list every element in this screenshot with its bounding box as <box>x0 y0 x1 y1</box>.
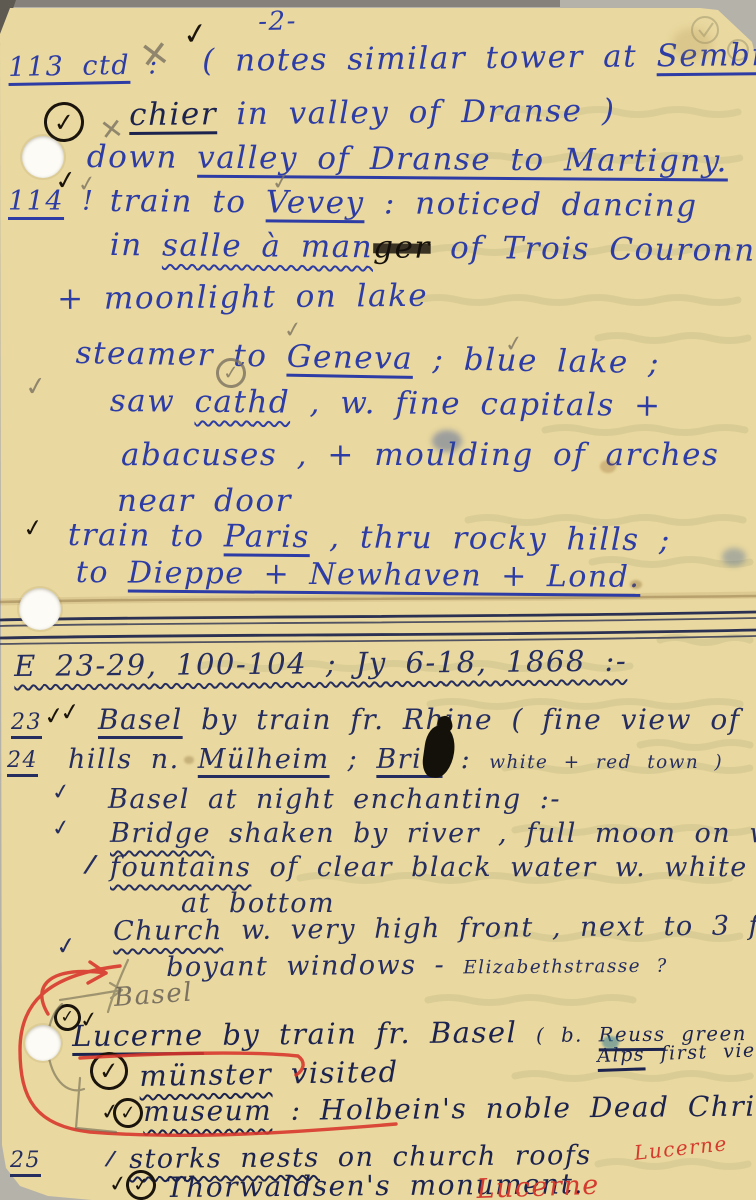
hole-punch <box>22 136 64 178</box>
text-segment: + moonlight on lake <box>57 278 428 317</box>
text-segment: Basel <box>113 977 194 1012</box>
check-icon: ✓ <box>79 1009 100 1033</box>
note-line: near door <box>117 484 292 520</box>
entry-ref: 24 <box>7 748 38 773</box>
text-segment: ( b. <box>536 1023 599 1047</box>
check-icon: ✓ <box>60 1008 76 1026</box>
text-segment: münster <box>139 1057 272 1093</box>
text-segment: Basel <box>98 703 183 736</box>
entry-ref: 23 <box>11 710 42 735</box>
text-segment: by train fr. Basel <box>204 1015 537 1052</box>
check-icon: ✓ <box>52 109 75 136</box>
check-icon: ✓ <box>21 515 44 542</box>
text-segment: saw <box>110 383 195 420</box>
hole-punch <box>19 588 61 630</box>
text-segment: museum <box>143 1094 272 1128</box>
note-line: ( notes similar tower at Sembran- <box>202 38 756 80</box>
text-segment: chier <box>129 96 217 133</box>
text-segment: in valley of Dranse ) <box>217 93 616 132</box>
note-line: Basel at night enchanting :- <box>108 784 561 815</box>
text-segment: boyant windows - <box>166 949 463 983</box>
note-line: chier in valley of Dranse ) <box>129 94 616 134</box>
note-line: in salle à manger of Trois Couronnes , <box>110 228 756 270</box>
text-segment: cathd <box>194 384 290 421</box>
text-segment: Dieppe + Newhaven + Lond. <box>128 555 641 594</box>
text-segment: Paris <box>224 518 310 555</box>
text-segment: -2- <box>258 6 297 37</box>
note-line: abacuses , + moulding of arches <box>121 438 719 474</box>
text-segment: Geneva <box>286 339 413 377</box>
check-icon: ✓ <box>23 373 48 402</box>
text-segment: Bridge <box>110 818 211 849</box>
check-icon: ✓ <box>58 699 81 726</box>
text-segment: shaken by river , full moon on water <box>211 818 756 849</box>
text-segment: train to <box>68 517 224 554</box>
x-icon: ✕ <box>138 36 173 76</box>
note-line: saw cathd , w. fine capitals + <box>110 384 662 424</box>
text-segment: 25 <box>10 1148 41 1173</box>
note-line: to Dieppe + Newhaven + Lond. <box>76 556 641 595</box>
text-segment: of Trois Couronnes , <box>431 230 756 269</box>
note-line: boyant windows - Elizabethstrasse ? <box>166 948 668 983</box>
check-icon: ✓ <box>132 1175 150 1195</box>
text-segment: , w. fine capitals + <box>290 385 662 424</box>
check-icon: ✓ <box>222 363 240 383</box>
text-segment: Church <box>113 915 223 947</box>
note-line: + moonlight on lake <box>57 279 428 318</box>
red-place-note: Lucerne <box>476 1170 600 1200</box>
scanned-note-card: -2-113 ctd :( notes similar tower at Sem… <box>0 0 756 1200</box>
note-line: museum : Holbein's noble Dead Christ <box>143 1090 756 1128</box>
section-header: E 23-29, 100-104 ; Jy 6-18, 1868 :- <box>14 645 627 684</box>
note-line: down valley of Dranse to Martigny. <box>87 140 728 180</box>
check-icon: ✓ <box>504 333 525 357</box>
text-segment: Elizabethstrasse ? <box>463 956 668 979</box>
check-icon: ✓ <box>119 1103 137 1123</box>
text-segment: of clear black water w. white bits <box>251 852 756 883</box>
note-line: Bridge shaken by river , full moon on wa… <box>110 818 756 849</box>
entry-ref: 25 <box>10 1148 41 1173</box>
text-segment: in <box>110 227 163 263</box>
text-segment: ( notes similar tower at <box>202 38 657 79</box>
text-segment: w. very high front , next to 3 flam- <box>223 910 756 946</box>
note-line: münster visited <box>139 1055 399 1093</box>
check-icon: ✓ <box>98 1058 120 1084</box>
text-segment: Sembran- <box>656 37 756 75</box>
check-icon: ✓ <box>77 173 98 197</box>
check-icon: ✓ <box>54 933 77 960</box>
page-number: -2- <box>258 7 297 38</box>
text-segment: abacuses , + moulding of arches <box>121 437 719 473</box>
text-segment: first view <box>645 1039 756 1065</box>
text-segment: E 23-29, 100-104 ; Jy 6-18, 1868 :- <box>14 644 627 683</box>
text-segment: ; <box>330 744 377 775</box>
note-line: fountains of clear black water w. white … <box>110 852 756 883</box>
note-line: train to Paris , thru rocky hills ; <box>68 518 671 559</box>
text-segment: visited <box>272 1054 399 1090</box>
check-icon: ✓ <box>181 18 210 51</box>
note-line: Basel by train fr. Rhine ( fine view of <box>98 704 741 736</box>
text-segment: by train fr. Rhine ( fine view of <box>183 703 741 736</box>
text-segment: to <box>76 555 128 590</box>
text-segment: Alps <box>597 1043 645 1067</box>
text-segment: Mülheim <box>198 744 330 775</box>
note-line: train to Vevey : noticed dancing <box>110 184 698 225</box>
check-icon: ✓ <box>51 781 72 805</box>
text-segment: 24 <box>7 748 38 773</box>
text-segment: Basel at night enchanting :- <box>108 784 561 815</box>
text-segment: 113 ctd <box>8 50 130 83</box>
hole-punch <box>25 1025 61 1061</box>
text-segment: near door <box>117 483 292 519</box>
check-icon: ✓ <box>51 817 72 841</box>
text-segment: ger <box>373 229 431 266</box>
check-icon: ✓ <box>283 319 304 343</box>
text-segment: ; blue lake ; <box>413 341 660 381</box>
text-segment: white + red town ) <box>489 752 723 773</box>
text-segment: : Holbein's noble Dead Christ <box>272 1089 756 1126</box>
note-line: Church w. very high front , next to 3 fl… <box>113 910 756 947</box>
entry-ref: 113 ctd : <box>8 49 159 83</box>
text-segment: steamer to <box>75 335 287 375</box>
text-segment: Lucerne <box>476 1170 600 1200</box>
text-segment: , thru rocky hills ; <box>310 519 671 558</box>
pencil-note: Basel <box>113 978 194 1013</box>
text-segment: 23 <box>11 710 42 735</box>
text-segment: hills n. <box>68 744 198 775</box>
note-line: hills n. Mülheim ; Brill : white + red t… <box>68 744 723 775</box>
text-segment: train to <box>110 183 266 220</box>
x-icon: ✕ <box>98 115 125 146</box>
text-segment: fountains <box>110 852 251 883</box>
text-segment: : noticed dancing <box>364 185 697 224</box>
text-segment: salle à man <box>162 227 373 265</box>
check-icon: ✓ <box>271 171 292 195</box>
